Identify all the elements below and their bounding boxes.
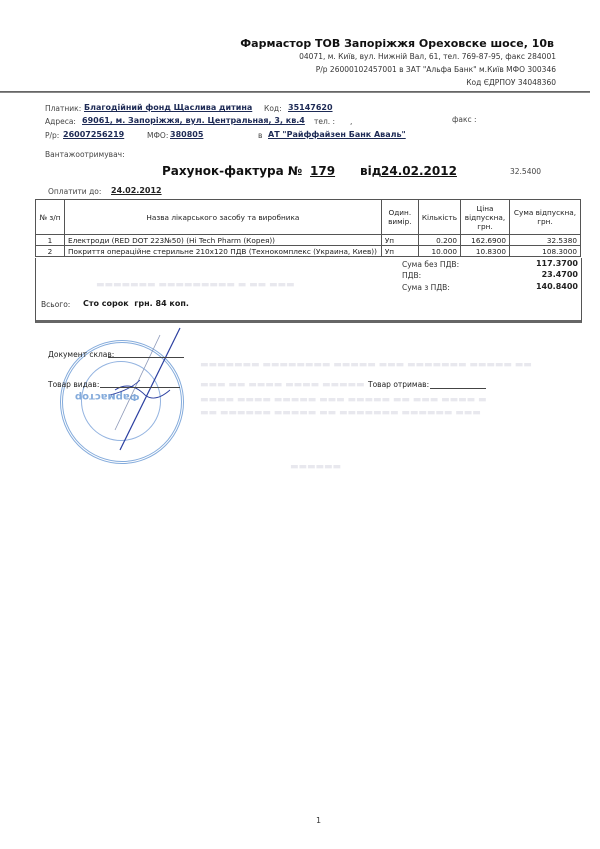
bank-prefix: в <box>258 131 262 140</box>
faint-bleed-through: ▬▬ ▬▬▬▬▬▬ ▬▬▬▬▬ ▬▬ ▬▬▬▬▬▬▬ ▬▬▬▬▬▬ ▬▬▬ <box>200 408 481 418</box>
row-price: 10.8300 <box>461 246 510 257</box>
subtotal-label: Сума без ПДВ: <box>402 260 459 269</box>
table-row: 1 Електроди (RED DOT 223№50) (Hi Tech Ph… <box>36 235 581 246</box>
row-number: 2 <box>36 246 65 257</box>
consignee-label: Вантажоотримувач: <box>45 150 125 159</box>
col-unit: Один. вимір. <box>381 200 418 235</box>
account-value: 26007256219 <box>63 130 124 139</box>
col-qty: Кількість <box>418 200 460 235</box>
total-words-value: Сто сорок грн. 84 коп. <box>83 299 189 308</box>
row-unit: Уп <box>381 246 418 257</box>
faint-bleed-through: ▬▬▬▬ ▬▬▬▬ ▬▬▬▬▬ ▬▬▬ ▬▬▬▬▬ ▬▬ ▬▬▬ ▬▬▬▬ ▬ <box>200 395 487 405</box>
supplier-code: Код ЄДРПОУ 34048360 <box>466 78 556 87</box>
faint-bleed-through: ▬▬▬▬▬▬▬ ▬▬▬▬▬▬▬▬ ▬▬▬▬▬ ▬▬▬ ▬▬▬▬▬▬▬ ▬▬▬▬▬… <box>200 360 532 370</box>
row-sum: 32.5380 <box>510 235 581 246</box>
issued-by-label: Товар видав: <box>48 380 99 389</box>
payer-value: Благодійний фонд Щаслива дитина <box>84 103 252 112</box>
subtotal-value: 117.3700 <box>518 259 578 268</box>
row-name: Покриття операційне стерильне 210х120 ПД… <box>65 246 382 257</box>
page-number: 1 <box>316 816 321 825</box>
table-row: 2 Покриття операційне стерильне 210х120 … <box>36 246 581 257</box>
vat-value: 23.4700 <box>518 270 578 279</box>
address-label: Адреса: <box>45 117 76 126</box>
faint-bleed-through: ▬▬▬▬▬▬ <box>290 462 341 472</box>
phone-label: тел. : <box>314 117 335 126</box>
total-value: 140.8400 <box>518 282 578 291</box>
col-name: Назва лікарського засобу та виробника <box>65 200 382 235</box>
invoice-date: 24.02.2012 <box>381 164 457 178</box>
pay-by-value: 24.02.2012 <box>111 186 162 195</box>
total-words-label: Всього: <box>41 300 70 309</box>
faint-bleed-through: ▬▬▬ ▬▬ ▬▬▬▬ ▬▬▬▬ ▬▬▬▬▬ <box>200 380 365 390</box>
code-value: 35147620 <box>288 103 333 112</box>
col-sum: Сума відпускна, грн. <box>510 200 581 235</box>
table-header-row: № з/п Назва лікарського засобу та виробн… <box>36 200 581 235</box>
supplier-address: 04071, м. Київ, вул. Нижній Вал, 61, тел… <box>299 52 556 61</box>
faint-bleed-through: ▬▬▬▬▬▬▬ ▬▬▬▬▬▬▬▬▬ ▬ ▬▬ ▬▬▬ <box>96 280 295 290</box>
row-price: 162.6900 <box>461 235 510 246</box>
header-divider <box>0 91 590 93</box>
received-by-line <box>430 388 486 389</box>
signature-scribble <box>60 320 210 480</box>
col-price: Ціна відпускна, грн. <box>461 200 510 235</box>
phone-value: , <box>350 117 352 126</box>
supplier-bank: Р/р 26000102457001 в ЗАТ "Альфа Банк" м.… <box>316 65 556 74</box>
issued-by-line <box>100 387 180 388</box>
totals-box: ▬▬▬▬▬▬▬ ▬▬▬▬▬▬▬▬▬ ▬ ▬▬ ▬▬▬ Сума без ПДВ:… <box>35 258 582 323</box>
total-label: Сума з ПДВ: <box>402 283 450 292</box>
pay-by-label: Оплатити до: <box>48 187 101 196</box>
invoice-title: Рахунок-фактура № <box>162 164 302 178</box>
row-number: 1 <box>36 235 65 246</box>
supplier-name: Фармастор ТОВ Запоріжжя Ореховске шосе, … <box>240 37 554 50</box>
code-label: Код: <box>264 104 282 113</box>
received-by-label: Товар отримав: <box>368 380 429 389</box>
col-number: № з/п <box>36 200 65 235</box>
vat-label: ПДВ: <box>402 271 421 280</box>
items-table: № з/п Назва лікарського засобу та виробн… <box>35 199 581 257</box>
bank-value: АТ "Райффайзен Банк Аваль" <box>268 130 406 139</box>
invoice-date-prefix: від <box>360 164 381 178</box>
composed-by-line <box>108 357 184 358</box>
row-name: Електроди (RED DOT 223№50) (Hi Tech Phar… <box>65 235 382 246</box>
row-unit: Уп <box>381 235 418 246</box>
mfo-value: 380805 <box>170 130 203 139</box>
invoice-number: 179 <box>310 164 335 178</box>
mfo-label: МФО: <box>147 131 168 140</box>
account-label: Р/р: <box>45 131 59 140</box>
payer-label: Платник: <box>45 104 81 113</box>
row-qty: 0.200 <box>418 235 460 246</box>
address-value: 69061, м. Запоріжжя, вул. Центральная, 3… <box>82 116 305 125</box>
row-sum: 108.3000 <box>510 246 581 257</box>
exchange-rate: 32.5400 <box>510 167 541 176</box>
row-qty: 10.000 <box>418 246 460 257</box>
fax-label: факс : <box>452 115 477 124</box>
composed-by-label: Документ склав: <box>48 350 114 359</box>
